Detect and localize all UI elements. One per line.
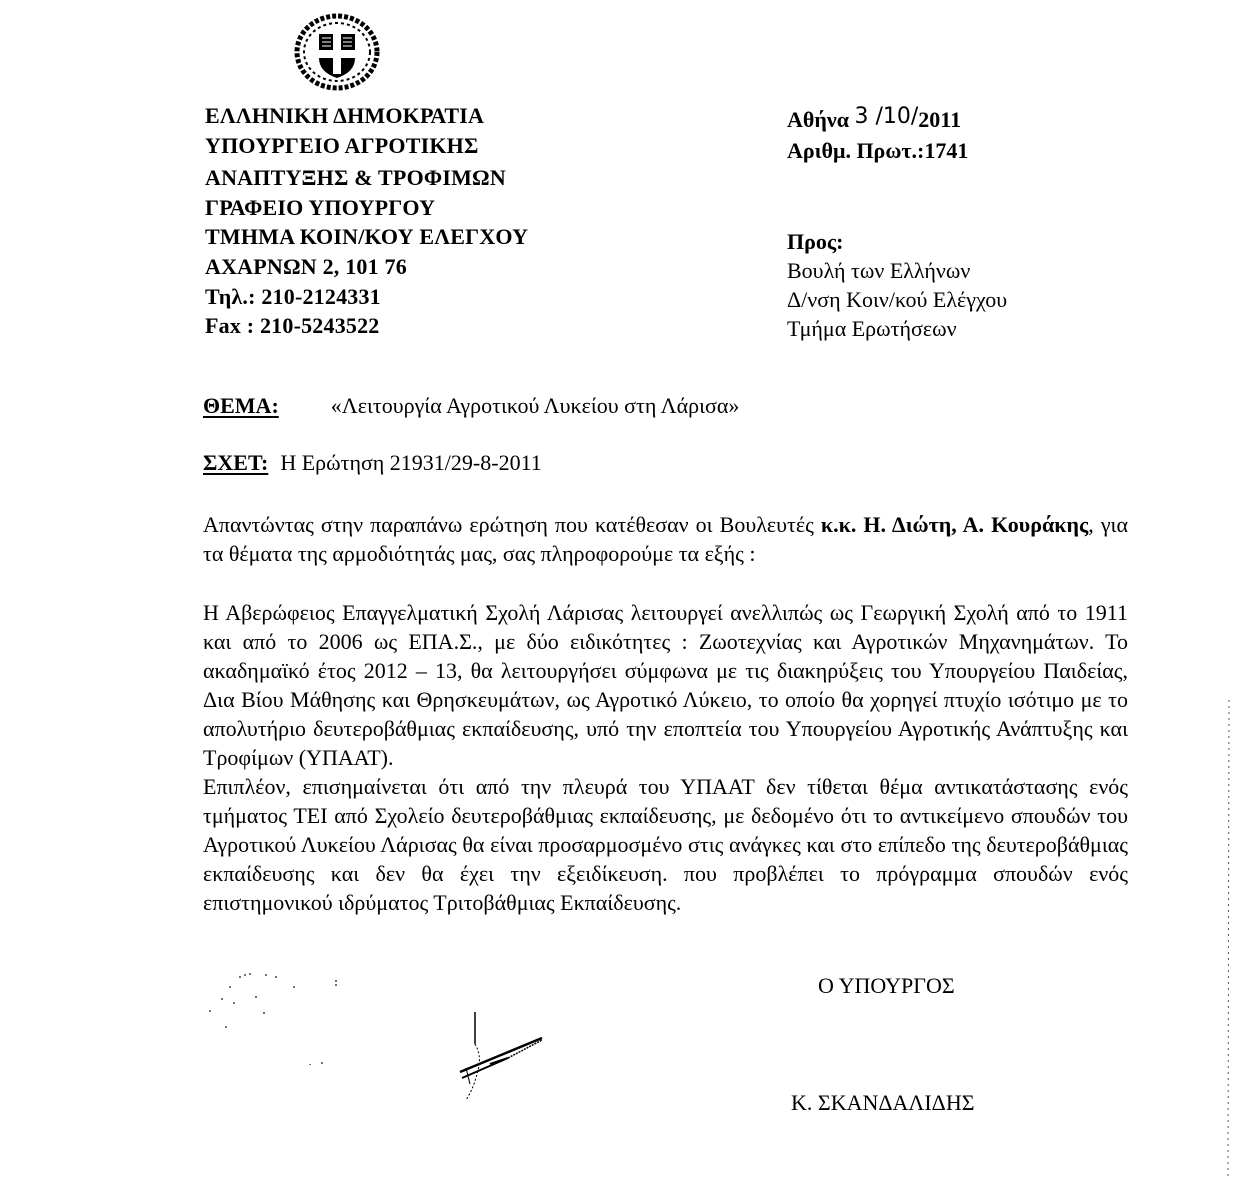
related-label: ΣΧΕΤ: [203, 450, 268, 475]
subject-label: ΘΕΜΑ: [203, 393, 279, 418]
subject-line: ΘΕΜΑ:«Λειτουργία Αγροτικού Λυκείου στη Λ… [203, 393, 739, 419]
city-label: Αθήνα [787, 107, 849, 132]
letterhead-line: ΤΜΗΜΑ ΚΟΙΝ/ΚΟΥ ΕΛΕΓΧΟΥ [205, 222, 528, 252]
body-paragraph-intro: Απαντώντας στην παραπάνω ερώτηση που κατ… [203, 510, 1128, 568]
recipient-label: Προς: [787, 227, 1007, 256]
recipient-line: Τμήμα Ερωτήσεων [787, 314, 1007, 343]
date-block: Αθήνα 3 /10/2011 Αριθμ. Πρωτ.:1741 [787, 105, 968, 166]
date-year: 2011 [918, 107, 961, 132]
minister-title: Ο ΥΠΟΥΡΓΟΣ [818, 973, 955, 999]
minister-name: Κ. ΣΚΑΝΔΑΛΙΔΗΣ [791, 1090, 975, 1116]
recipient-block: Προς: Βουλή των Ελλήνων Δ/νση Κοιν/κού Ε… [787, 227, 1007, 343]
scan-edge-divider [1224, 700, 1234, 1180]
faded-stamp-icon [200, 965, 350, 1065]
body-paragraph-school: Η Αβερώφειος Επαγγελματική Σχολή Λάρισας… [203, 598, 1128, 772]
letterhead: ΕΛΛΗΝΙΚΗ ΔΗΜΟΚΡΑΤΙΑ ΥΠΟΥΡΓΕΙΟ ΑΓΡΟΤΙΚΗΣ … [205, 101, 528, 341]
handwritten-date: 3 /10/ [854, 102, 918, 132]
subject-value: «Λειτουργία Αγροτικού Λυκείου στη Λάρισα… [331, 393, 740, 418]
protocol-line: Αριθμ. Πρωτ.:1741 [787, 136, 968, 166]
letterhead-line: ΓΡΑΦΕΙΟ ΥΠΟΥΡΓΟΥ [205, 193, 528, 223]
related-value: Η Ερώτηση 21931/29-8-2011 [280, 450, 541, 475]
body-paragraph-further: Επιπλέον, επισημαίνεται ότι από την πλευ… [203, 772, 1128, 917]
related-line: ΣΧΕΤ:Η Ερώτηση 21931/29-8-2011 [203, 450, 542, 476]
letterhead-line: ΥΠΟΥΡΓΕΙΟ ΑΓΡΟΤΙΚΗΣ [205, 131, 528, 161]
handwritten-signature-icon [430, 1000, 580, 1110]
letterhead-line: ΕΛΛΗΝΙΚΗ ΔΗΜΟΚΡΑΤΙΑ [205, 101, 528, 131]
intro-text: Απαντώντας στην παραπάνω ερώτηση που κατ… [203, 512, 821, 537]
letterhead-line: ΑΧΑΡΝΩΝ 2, 101 76 [205, 252, 528, 282]
protocol-number: 1741 [924, 138, 968, 163]
protocol-label: Αριθμ. Πρωτ.: [787, 138, 924, 163]
mps-names: κ.κ. Η. Διώτη, Α. Κουράκης [821, 512, 1088, 537]
letterhead-fax: Fax : 210-5243522 [205, 311, 528, 341]
letterhead-line: ΑΝΑΠΤΥΞΗΣ & ΤΡΟΦΙΜΩΝ [205, 163, 528, 193]
recipient-line: Βουλή των Ελλήνων [787, 256, 1007, 285]
date-line: Αθήνα 3 /10/2011 [787, 105, 968, 136]
greek-coat-of-arms-icon [291, 12, 383, 92]
letterhead-phone: Τηλ.: 210-2124331 [205, 282, 528, 312]
recipient-line: Δ/νση Κοιν/κού Ελέγχου [787, 285, 1007, 314]
